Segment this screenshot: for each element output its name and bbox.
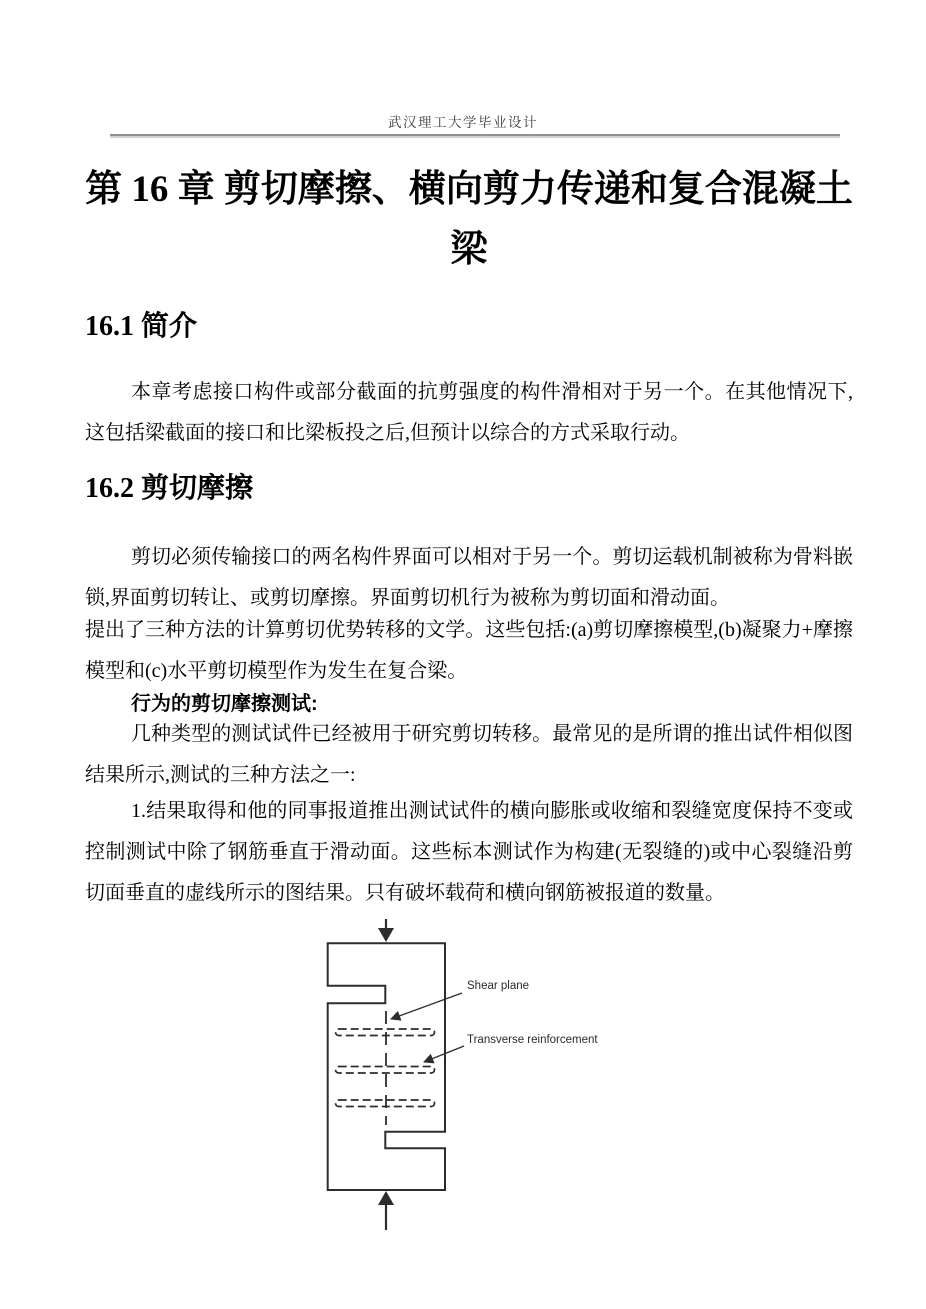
push-off-specimen-svg: Shear plane Transverse reinforcement (300, 915, 640, 1245)
paragraph: 提出了三种方法的计算剪切优势转移的文学。这些包括:(a)剪切摩擦模型,(b)凝聚… (85, 610, 853, 692)
shear-plane-label: Shear plane (467, 980, 529, 992)
header-rule (110, 134, 840, 136)
chapter-title: 第 16 章 剪切摩擦、横向剪力传递和复合混凝土 梁 (85, 160, 853, 280)
chapter-title-line2: 梁 (85, 220, 853, 280)
section-heading-16-1: 16.1 简介 (85, 310, 197, 344)
chapter-title-line1: 第 16 章 剪切摩擦、横向剪力传递和复合混凝土 (85, 160, 853, 220)
paragraph: 几种类型的测试试件已经被用于研究剪切转移。最常见的是所谓的推出试件相似图结果所示… (85, 714, 853, 796)
bottom-load-arrowhead (378, 1191, 394, 1205)
top-load-arrowhead (378, 928, 394, 942)
push-off-specimen-figure: Shear plane Transverse reinforcement (300, 915, 640, 1245)
paragraph: 本章考虑接口构件或部分截面的抗剪强度的构件滑相对于另一个。在其他情况下,这包括梁… (85, 372, 853, 454)
paragraph: 剪切必须传输接口的两名构件界面可以相对于另一个。剪切运载机制被称为骨料嵌锁,界面… (85, 537, 853, 619)
page-header-text: 武汉理工大学毕业设计 (0, 111, 926, 131)
paragraph: 1.结果取得和他的同事报道推出测试试件的横向膨胀或收缩和裂缝宽度保持不变或控制测… (85, 791, 853, 914)
transverse-reinforcement-label: Transverse reinforcement (467, 1034, 598, 1046)
section-heading-16-2: 16.2 剪切摩擦 (85, 472, 253, 506)
document-page: 武汉理工大学毕业设计 第 16 章 剪切摩擦、横向剪力传递和复合混凝土 梁 16… (0, 0, 926, 1309)
